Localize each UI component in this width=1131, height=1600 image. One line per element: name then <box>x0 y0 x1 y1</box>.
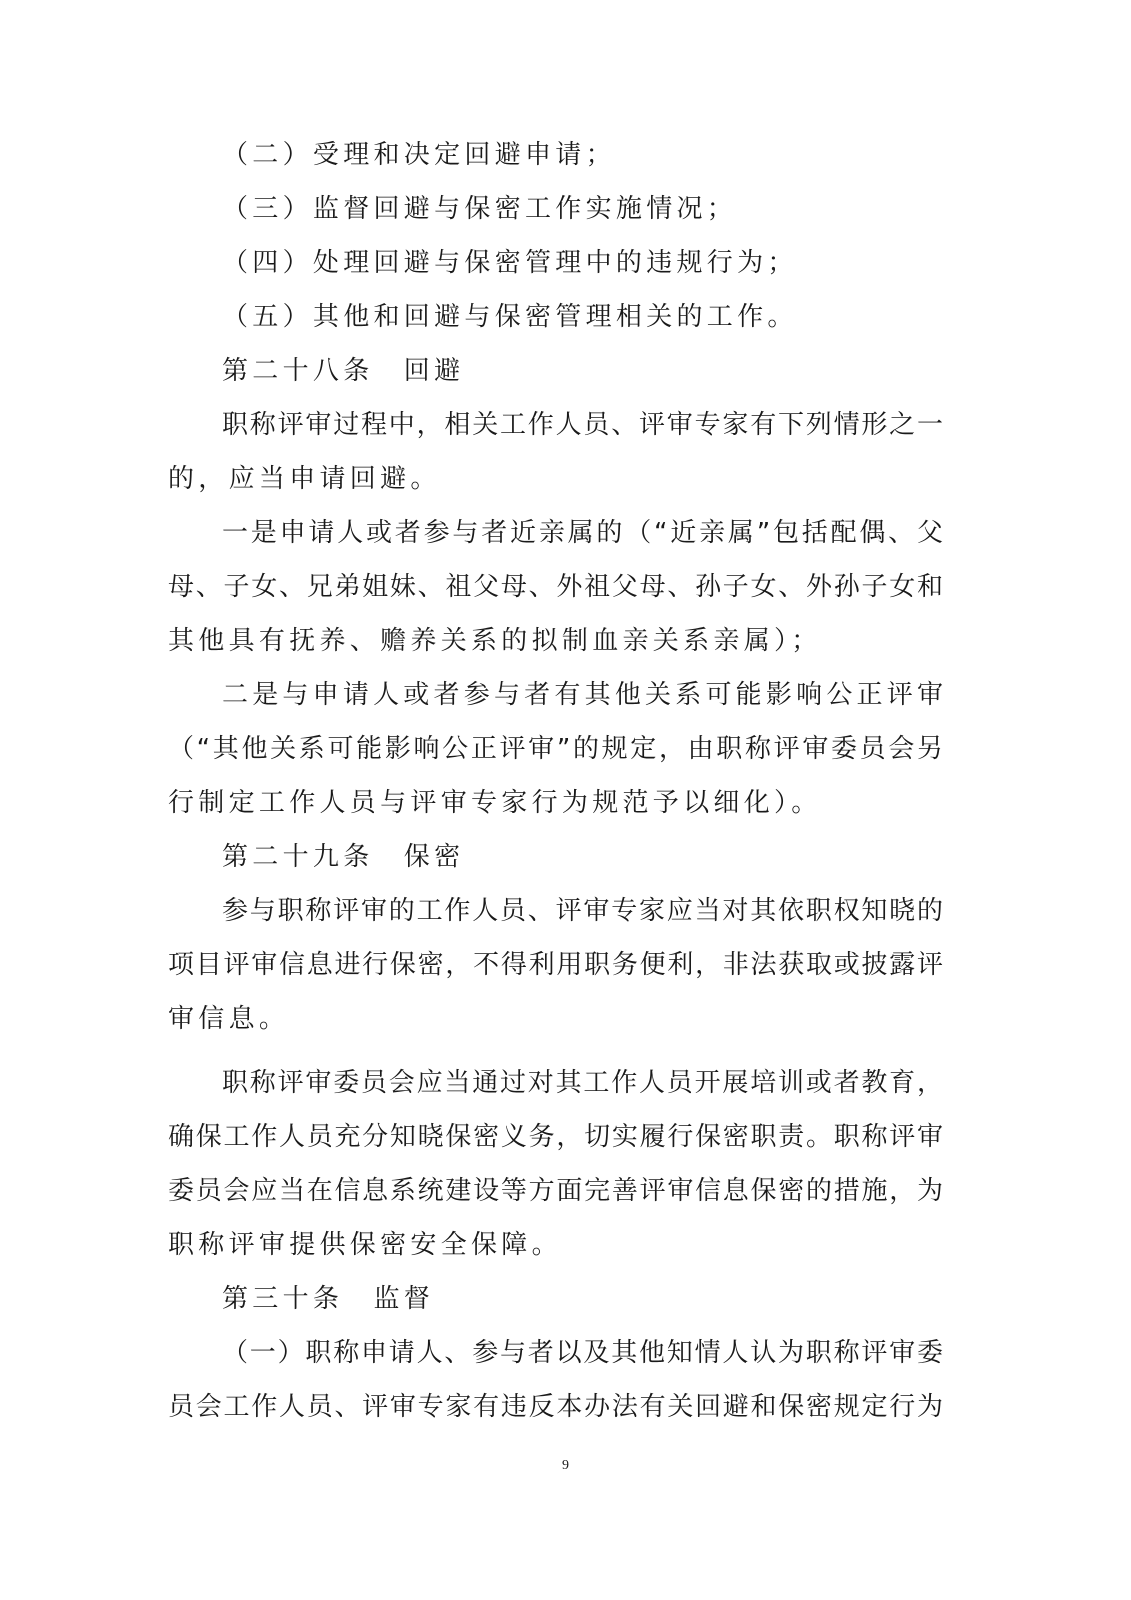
list-item-accept-recusal: （二）受理和决定回避申请； <box>222 137 943 173</box>
paragraph-line: 项目评审信息进行保密，不得利用职务便利，非法获取或披露评 <box>168 947 943 983</box>
paragraph-line: 员会工作人员、评审专家有违反本办法有关回避和保密规定行为 <box>168 1389 943 1425</box>
paragraph-line: （“其他关系可能影响公正评审”的规定，由职称评审委员会另 <box>168 731 943 767</box>
paragraph-line: 参与职称评审的工作人员、评审专家应当对其依职权知晓的 <box>222 893 943 929</box>
paragraph-line: 二是与申请人或者参与者有其他关系可能影响公正评审 <box>222 677 943 713</box>
paragraph-line: （一）职称申请人、参与者以及其他知情人认为职称评审委 <box>222 1335 943 1371</box>
paragraph-line: 委员会应当在信息系统建设等方面完善评审信息保密的措施，为 <box>168 1173 943 1209</box>
list-item-other-work: （五）其他和回避与保密管理相关的工作。 <box>222 299 943 335</box>
paragraph-line: 职称评审过程中，相关工作人员、评审专家有下列情形之一 <box>222 407 943 443</box>
list-item-handle-violations: （四）处理回避与保密管理中的违规行为； <box>222 245 943 281</box>
paragraph-line: 行制定工作人员与评审专家行为规范予以细化）。 <box>168 785 943 821</box>
paragraph-line: 审信息。 <box>168 1001 943 1037</box>
paragraph-line: 的，应当申请回避。 <box>168 461 943 497</box>
article-29-heading: 第二十九条 保密 <box>222 839 943 875</box>
paragraph-line: 其他具有抚养、赡养关系的拟制血亲关系亲属）； <box>168 623 943 659</box>
paragraph-line: 职称评审委员会应当通过对其工作人员开展培训或者教育， <box>222 1065 943 1101</box>
list-item-supervise: （三）监督回避与保密工作实施情况； <box>222 191 943 227</box>
paragraph-line: 一是申请人或者参与者近亲属的（“近亲属”包括配偶、父 <box>222 515 943 551</box>
document-page: （二）受理和决定回避申请； （三）监督回避与保密工作实施情况； （四）处理回避与… <box>0 0 1131 1600</box>
article-30-heading: 第三十条 监督 <box>222 1281 943 1317</box>
article-28-heading: 第二十八条 回避 <box>222 353 943 389</box>
page-number: 9 <box>0 1458 1131 1474</box>
paragraph-line: 母、子女、兄弟姐妹、祖父母、外祖父母、孙子女、外孙子女和 <box>168 569 943 605</box>
paragraph-line: 职称评审提供保密安全保障。 <box>168 1227 943 1263</box>
paragraph-line: 确保工作人员充分知晓保密义务，切实履行保密职责。职称评审 <box>168 1119 943 1155</box>
